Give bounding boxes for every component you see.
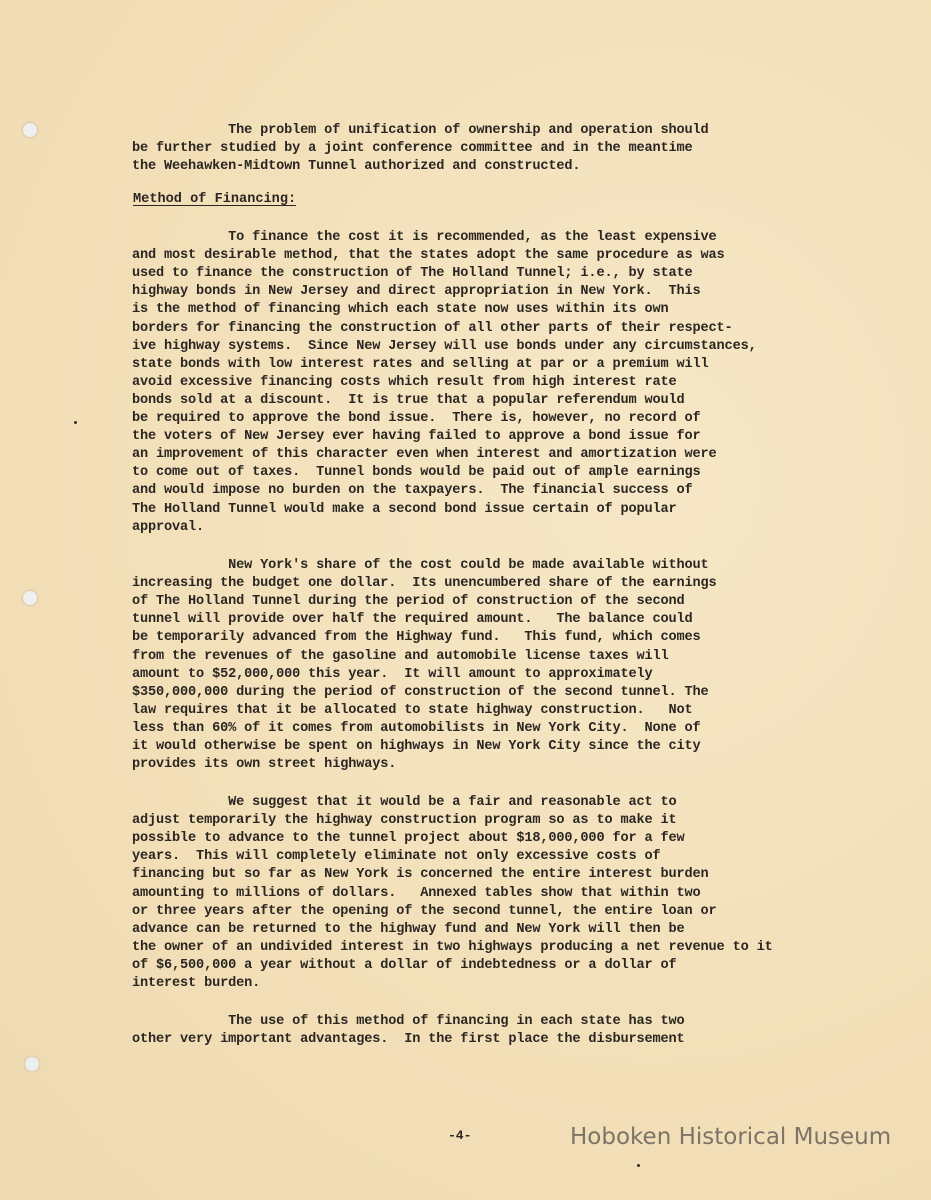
text-line: avoid excessive financing costs which re…: [132, 374, 677, 392]
punch-hole-bottom: [25, 1057, 39, 1071]
text-line: an improvement of this character even wh…: [132, 446, 717, 464]
text-line: of The Holland Tunnel during the period …: [132, 593, 685, 611]
text-line: bonds sold at a discount. It is true tha…: [132, 392, 685, 410]
punch-hole-top: [23, 123, 37, 137]
text-line: it would otherwise be spent on highways …: [132, 738, 701, 756]
text-line: approval.: [132, 519, 204, 537]
text-line: amounting to millions of dollars. Annexe…: [132, 885, 701, 903]
text-line: adjust temporarily the highway construct…: [132, 812, 677, 830]
ink-speck: [74, 421, 77, 424]
punch-hole-middle: [23, 591, 37, 605]
text-line: financing but so far as New York is conc…: [132, 866, 709, 884]
text-line: amount to $52,000,000 this year. It will…: [132, 666, 653, 684]
text-line: less than 60% of it comes from automobil…: [132, 720, 701, 738]
text-line: the voters of New Jersey ever having fai…: [132, 428, 701, 446]
text-line: state bonds with low interest rates and …: [132, 356, 709, 374]
text-line: years. This will completely eliminate no…: [132, 848, 661, 866]
text-line: law requires that it be allocated to sta…: [132, 702, 693, 720]
text-line: and most desirable method, that the stat…: [132, 247, 725, 265]
text-line: from the revenues of the gasoline and au…: [132, 648, 669, 666]
text-line: and would impose no burden on the taxpay…: [132, 482, 693, 500]
text-line: The Holland Tunnel would make a second b…: [132, 501, 677, 519]
text-line: of $6,500,000 a year without a dollar of…: [132, 957, 677, 975]
text-line: advance can be returned to the highway f…: [132, 921, 685, 939]
text-line: tunnel will provide over half the requir…: [132, 611, 693, 629]
text-line: possible to advance to the tunnel projec…: [132, 830, 685, 848]
text-line: provides its own street highways.: [132, 756, 396, 774]
text-line: To finance the cost it is recommended, a…: [132, 229, 717, 247]
text-line: The problem of unification of ownership …: [132, 122, 709, 140]
text-line: $350,000,000 during the period of constr…: [132, 684, 709, 702]
text-line: highway bonds in New Jersey and direct a…: [132, 283, 701, 301]
text-line: other very important advantages. In the …: [132, 1031, 685, 1049]
text-line: to come out of taxes. Tunnel bonds would…: [132, 464, 701, 482]
text-line: New York's share of the cost could be ma…: [132, 557, 709, 575]
text-line: borders for financing the construction o…: [132, 320, 733, 338]
text-line: increasing the budget one dollar. Its un…: [132, 575, 717, 593]
ink-speck: [637, 1164, 640, 1167]
section-heading: Method of Financing:: [133, 192, 296, 207]
text-line: We suggest that it would be a fair and r…: [132, 794, 677, 812]
text-line: is the method of financing which each st…: [132, 301, 669, 319]
text-line: the owner of an undivided interest in tw…: [132, 939, 773, 957]
watermark: Hoboken Historical Museum: [570, 1124, 891, 1150]
text-line: interest burden.: [132, 975, 260, 993]
text-line: be temporarily advanced from the Highway…: [132, 629, 701, 647]
text-line: The use of this method of financing in e…: [132, 1013, 685, 1031]
page-number: -4-: [448, 1128, 471, 1143]
text-line: be further studied by a joint conference…: [132, 140, 693, 158]
text-line: used to finance the construction of The …: [132, 265, 693, 283]
text-line: the Weehawken-Midtown Tunnel authorized …: [132, 158, 580, 176]
text-line: be required to approve the bond issue. T…: [132, 410, 701, 428]
text-line: or three years after the opening of the …: [132, 903, 717, 921]
document-page: The problem of unification of ownership …: [0, 0, 931, 1200]
text-line: ive highway systems. Since New Jersey wi…: [132, 338, 757, 356]
